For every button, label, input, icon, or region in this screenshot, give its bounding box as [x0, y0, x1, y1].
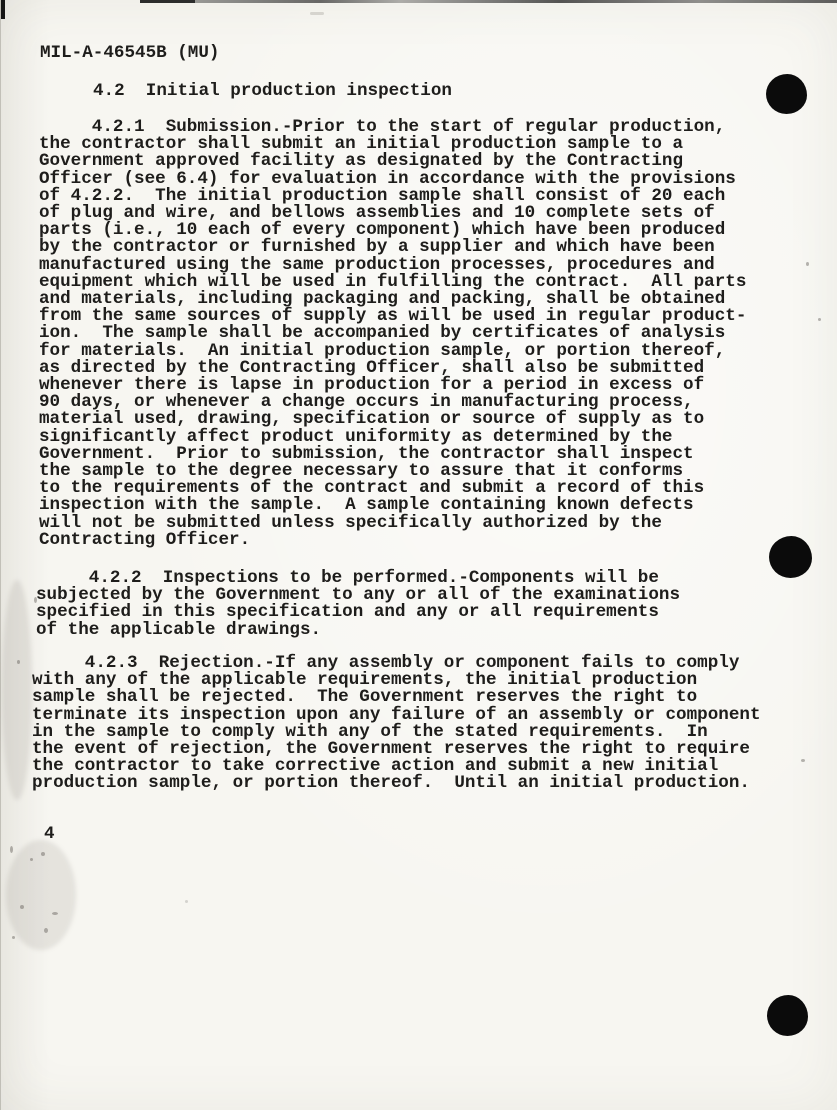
registration-dot-middle-icon	[769, 536, 812, 578]
scan-smudge	[6, 840, 76, 950]
registration-dot-top-icon	[766, 74, 807, 114]
scan-smudge	[2, 580, 32, 800]
scan-speckle	[34, 597, 37, 603]
paragraph-4-2-1-submission: 4.2.1 Submission.-Prior to the start of …	[39, 119, 746, 549]
document-id: MIL-A-46545B (MU)	[40, 45, 220, 62]
scanned-document-page: MIL-A-46545B (MU) 4.2 Initial production…	[0, 0, 837, 1110]
scan-speckle	[818, 318, 821, 321]
scan-artifact-top-edge-line	[140, 0, 837, 3]
scan-artifact-left-tick	[1, 0, 5, 19]
scan-speckle	[10, 846, 13, 853]
scan-artifact-left-edge	[0, 0, 1, 1110]
scan-speckle	[310, 12, 324, 15]
section-heading: 4.2 Initial production inspection	[93, 83, 452, 100]
scan-speckle	[801, 759, 805, 762]
paragraph-4-2-3-rejection: 4.2.3 Rejection.-If any assembly or comp…	[32, 655, 761, 793]
scan-speckle	[12, 936, 15, 939]
scan-speckle	[806, 262, 809, 266]
registration-dot-bottom-icon	[767, 995, 808, 1036]
scan-speckle	[185, 900, 188, 903]
paragraph-4-2-2-inspections: 4.2.2 Inspections to be performed.-Compo…	[36, 570, 680, 639]
